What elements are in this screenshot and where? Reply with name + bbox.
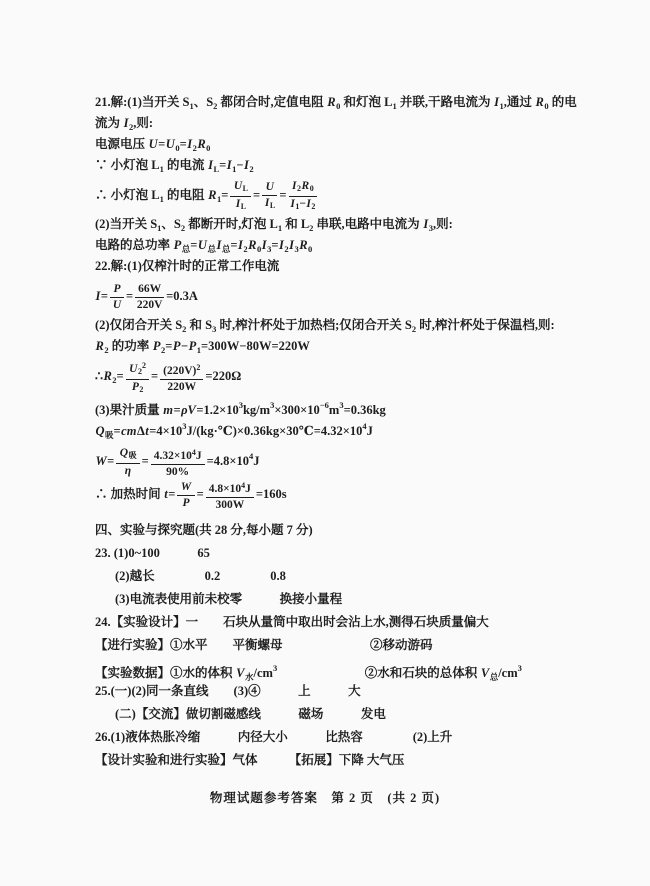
text-run: =220Ω [205, 369, 241, 383]
fraction-numerator: 4.32×104J [151, 446, 205, 465]
bold-label: 【实验设计】 [111, 615, 186, 629]
text-run: 220W [167, 381, 196, 393]
text-run: = [117, 369, 124, 383]
text-run: Δ [137, 424, 145, 438]
subscript: 总 [490, 672, 499, 682]
math-variable: U [129, 363, 138, 375]
q22-part2-line: (2)仅闭合开关 S2 和 S3 时,榨汁杯处于加热档;仅闭合开关 S2 时,榨… [95, 315, 642, 336]
text-run: 22.解:(1)仅榨汁时的正常工作电流 [95, 259, 279, 273]
text-run: (220V) [163, 365, 196, 377]
math-variable: R [248, 238, 257, 252]
text-run: J [367, 424, 373, 438]
bold-label: 四、实验与探究题(共 28 分,每小题 7 分) [95, 523, 313, 537]
text-run: 电路的总功率 [95, 238, 173, 252]
text-run: = [151, 369, 158, 383]
math-variable: ρV [181, 403, 197, 417]
text-run: 和 L [282, 217, 309, 231]
fraction-numerator: U22 [126, 359, 149, 380]
superscript: 2 [196, 363, 200, 372]
q22-mass-eq: (3)果汁质量 m=ρV=1.2×103kg/m3×300×10−6m3=0.3… [95, 395, 642, 416]
text-run: ,通过 [504, 95, 535, 109]
text-run: (2)越长 0.2 0.8 [115, 569, 286, 583]
text-run: (2)当开关 S [95, 217, 157, 231]
fraction: UIL [262, 181, 277, 212]
q21-solution-line2: 流为 I2,则: [95, 113, 642, 134]
q21-power-eq: 电路的总功率 P总=U总I总=I2R0I3=I2I3R0 [95, 235, 642, 256]
math-variable: P [172, 339, 181, 353]
fraction-numerator: (220V)2 [160, 361, 203, 380]
text-run: ,则: [133, 116, 153, 130]
subscript: 2 [139, 385, 143, 394]
text-run: 都断开时,灯泡 L [185, 217, 278, 231]
fraction: 66W220V [135, 283, 164, 312]
math-variable: U [265, 181, 274, 193]
subscript: L [241, 202, 246, 211]
text-run: 流为 [95, 116, 123, 130]
q22-work-eq: W=Q吸η=4.32×104J90%=4.8×104J [95, 437, 642, 475]
q23-answer1: 23. (1)0~100 65 [95, 542, 642, 565]
text-run: 做切割磁感线 磁场 发电 [186, 707, 386, 721]
text-run: /cm [254, 666, 273, 680]
math-variable: R [327, 95, 336, 109]
fraction-numerator: 66W [135, 283, 164, 298]
text-run: 、S [161, 217, 180, 231]
subscript: 吸 [129, 451, 137, 460]
fraction-denominator: U [112, 298, 121, 312]
subscript: 2 [284, 244, 288, 254]
text-run: ,则: [433, 217, 453, 231]
text-run: =4.8×10 [207, 454, 249, 468]
q26-design-extension: 【设计实验和进行实验】气体 【拓展】下降 大气压 [95, 749, 642, 772]
text-run: m [329, 403, 339, 417]
fraction-numerator: UL [230, 180, 251, 197]
text-run: 串联,电路中电流为 [313, 217, 422, 231]
text-run: 电源电压 [95, 137, 148, 151]
math-variable: U [165, 137, 175, 151]
text-run: = [173, 403, 180, 417]
text-run: 的电 [549, 95, 577, 109]
math-variable: V [480, 666, 489, 680]
q26-answers: 26.(1)液体热胀冷缩 内径大小 比热容 (2)上升 [95, 726, 642, 749]
text-run: 26.(1)液体热胀冷缩 内径大小 比热容 (2)上升 [95, 730, 452, 744]
text-run: = [279, 188, 286, 202]
text-run: J/(kg·℃)×0.36kg×30℃=4.32×10 [187, 424, 363, 438]
math-variable: cm [121, 424, 137, 438]
math-variable: U [197, 238, 207, 252]
page-footer: 物理试题参考答案 第 2 页 (共 2 页) [0, 788, 650, 806]
text-run: = [180, 137, 187, 151]
text-run: − [236, 158, 243, 172]
subscript: 2 [311, 202, 315, 211]
text-run: ∵ 小灯泡 L [95, 158, 160, 172]
text-run: 24. [95, 615, 111, 629]
q22-current-eq: I=PU=66W220V=0.3A [95, 277, 642, 315]
text-run: kg/m [243, 403, 270, 417]
math-variable: P [113, 283, 121, 295]
text-run: 、S [194, 95, 213, 109]
subscript: 总 [207, 244, 216, 254]
text-run: = [101, 289, 108, 303]
q25-part2: (二)【交流】做切割磁感线 磁场 发电 [115, 703, 642, 726]
answer-sheet: 21.解:(1)当开关 S1、S2 都闭合时,定值电阻 R0 和灯泡 L1 并联… [0, 0, 650, 806]
text-run: 下降 大气压 [339, 753, 405, 767]
math-variable: R [103, 369, 112, 383]
text-run: 300W [215, 499, 244, 511]
subscript: 2 [249, 164, 253, 174]
q21-part2-line: (2)当开关 S1、S2 都断开时,灯泡 L1 和 L2 串联,电路中电流为 I… [95, 214, 642, 235]
text-run: 并联,干路电流为 [397, 95, 494, 109]
subscript: 0 [206, 143, 210, 153]
text-run: 时,榨汁杯处于保温档,则: [416, 318, 555, 332]
fraction-numerator: Q吸 [116, 447, 139, 464]
text-run: = [168, 487, 175, 501]
text-run: 和灯泡 L [340, 95, 392, 109]
math-variable: W [180, 481, 191, 493]
q24-design: 24.【实验设计】一 石块从量筒中取出时会沾上水,测得石块质量偏大 [95, 611, 642, 634]
math-variable: W [95, 454, 107, 468]
q21-resistance-eq: ∴ 小灯泡 L1 的电阻 R1=ULIL=UIL=I2R0I1−I2 [95, 176, 642, 214]
fraction-numerator: U [262, 181, 277, 196]
text-run: (二) [115, 707, 136, 721]
fraction: ULIL [230, 180, 251, 213]
q22-resistance-eq: ∴R2=U22P2=(220V)2220W=220Ω [95, 357, 642, 395]
bold-label: 【设计实验和进行实验】 [95, 753, 233, 767]
q22-intro: 22.解:(1)仅榨汁时的正常工作电流 [95, 256, 642, 277]
q22-time-eq: ∴ 加热时间 t=WP=4.8×104J300W=160s [95, 475, 642, 513]
math-variable: R [208, 188, 217, 202]
fraction-denominator: I1−I2 [290, 197, 316, 213]
text-run: (2)仅闭合开关 S [95, 318, 182, 332]
answer-lines: 21.解:(1)当开关 S1、S2 都闭合时,定值电阻 R0 和灯泡 L1 并联… [95, 92, 642, 772]
q21-voltage-eq: 电源电压 U=U0=I2R0 [95, 134, 642, 155]
bold-label: 【拓展】 [295, 753, 339, 767]
superscript: 3 [518, 663, 522, 673]
math-variable: V [236, 666, 245, 680]
q22-heat-eq: Q吸=cmΔt=4×103J/(kg·℃)×0.36kg×30℃=4.32×10… [95, 416, 642, 437]
text-run: 66W [138, 283, 161, 295]
superscript: 2 [142, 361, 146, 370]
text-run: 25.(一)(2)同一条直线 (3)④ 上 大 [95, 684, 361, 698]
fraction: U22P2 [126, 359, 149, 396]
fraction-denominator: IL [235, 197, 246, 213]
text-run: ①水平 平衡螺母 ②移动游码 [170, 638, 433, 652]
text-run: 23. (1)0~100 65 [95, 546, 210, 560]
math-variable: R [197, 137, 206, 151]
subscript: 0 [308, 244, 312, 254]
fraction: PU [110, 283, 124, 312]
math-variable: R [95, 339, 104, 353]
q23-answer2: (2)越长 0.2 0.8 [115, 565, 642, 588]
bold-label: 【实验数据】 [95, 666, 170, 680]
text-run: 4.8×10 [209, 483, 241, 495]
math-variable: P [173, 238, 182, 252]
fraction: WP [177, 481, 194, 510]
subscript: L [243, 184, 248, 193]
text-run: = [221, 188, 228, 202]
math-variable: P [182, 497, 190, 509]
text-run: ②水和石块的总体积 [277, 666, 480, 680]
subscript: 0 [310, 184, 314, 193]
q21-solution-line1: 21.解:(1)当开关 S1、S2 都闭合时,定值电阻 R0 和灯泡 L1 并联… [95, 92, 642, 113]
math-variable: m [163, 403, 174, 417]
math-variable: Q [95, 424, 105, 438]
fraction-numerator: I2R0 [289, 180, 317, 197]
text-run: 时,榨汁杯处于加热档;仅闭合开关 S [216, 318, 412, 332]
text-run: =0.3A [166, 289, 198, 303]
math-variable: U [233, 180, 242, 192]
text-run: 和 S [186, 318, 212, 332]
fraction-numerator: 4.8×104J [206, 479, 254, 498]
text-run: =4×10 [149, 424, 182, 438]
text-run: J [245, 483, 251, 495]
math-variable: Q [119, 447, 128, 459]
fraction-denominator: 220W [167, 380, 196, 394]
text-run: 220V [137, 299, 163, 311]
text-run: ∴ 加热时间 [95, 487, 164, 501]
text-run: = [142, 454, 149, 468]
text-run: 都闭合时,定值电阻 [217, 95, 326, 109]
bold-label: 【进行实验】 [95, 638, 170, 652]
subscript: 2 [243, 244, 247, 254]
fraction-denominator: P2 [131, 380, 143, 396]
text-run: = [107, 454, 114, 468]
q24-procedure: 【进行实验】①水平 平衡螺母 ②移动游码 [95, 634, 642, 657]
q21-current-eq: ∵ 小灯泡 L1 的电流 IL=I1−I2 [95, 155, 642, 176]
superscript: −6 [320, 400, 329, 410]
text-run: ×300×10 [274, 403, 320, 417]
fraction: Q吸η [116, 447, 139, 478]
text-run: 的电流 [164, 158, 208, 172]
section4-heading: 四、实验与探究题(共 28 分,每小题 7 分) [95, 519, 642, 542]
math-variable: R [301, 180, 310, 192]
text-run: = [114, 424, 121, 438]
math-variable: P [152, 339, 161, 353]
fraction: 4.8×104J300W [206, 479, 254, 512]
text-run: =1.2×10 [196, 403, 238, 417]
fraction-denominator: 220V [137, 298, 163, 312]
text-run: ∴ [95, 369, 103, 383]
math-variable: P [188, 339, 197, 353]
q25-answers: 25.(一)(2)同一条直线 (3)④ 上 大 [95, 680, 642, 703]
fraction: 4.32×104J90% [151, 446, 205, 479]
text-run: 的电阻 [164, 188, 208, 202]
bold-label: 【交流】 [136, 707, 186, 721]
text-run: = [197, 487, 204, 501]
math-variable: U [112, 299, 121, 311]
text-run: 21.解:(1)当开关 S [95, 95, 189, 109]
fraction: (220V)2220W [160, 361, 203, 394]
math-variable: R [535, 95, 544, 109]
q23-answer3: (3)电流表使用前未校零 换接小量程 [115, 588, 642, 611]
fraction-denominator: 300W [215, 498, 244, 512]
text-run: /cm [498, 666, 517, 680]
text-run: 气体 [233, 753, 296, 767]
text-run: ∴ 小灯泡 L [95, 188, 160, 202]
text-run: J [196, 450, 202, 462]
fraction-numerator: W [177, 481, 194, 496]
math-variable: R [299, 238, 308, 252]
fraction-denominator: P [182, 496, 190, 510]
fraction-numerator: P [110, 283, 124, 298]
text-run: J [253, 454, 259, 468]
fraction: I2R0I1−I2 [289, 180, 317, 213]
text-run: (3)果汁质量 [95, 403, 163, 417]
q24-data: 【实验数据】①水的体积 V水/cm3 ②水和石块的总体积 V总/cm3 [95, 657, 642, 680]
text-run: − [299, 198, 306, 210]
fraction-denominator: IL [264, 196, 275, 212]
text-run: 一 石块从量筒中取出时会沾上水,测得石块质量偏大 [186, 615, 489, 629]
text-run: 的功率 [109, 339, 153, 353]
math-variable: U [148, 137, 158, 151]
text-run: =300W−80W=220W [201, 339, 310, 353]
q22-power-eq: R2 的功率 P2=P−P1=300W−80W=220W [95, 336, 642, 357]
text-run: (3)电流表使用前未校零 换接小量程 [115, 592, 342, 606]
subscript: L [270, 201, 275, 210]
text-run: =0.36kg [344, 403, 386, 417]
text-run: ①水的体积 [170, 666, 236, 680]
text-run: = [253, 188, 260, 202]
text-run: 4.32×10 [154, 450, 192, 462]
text-run: = [126, 289, 133, 303]
text-run: =160s [256, 487, 287, 501]
